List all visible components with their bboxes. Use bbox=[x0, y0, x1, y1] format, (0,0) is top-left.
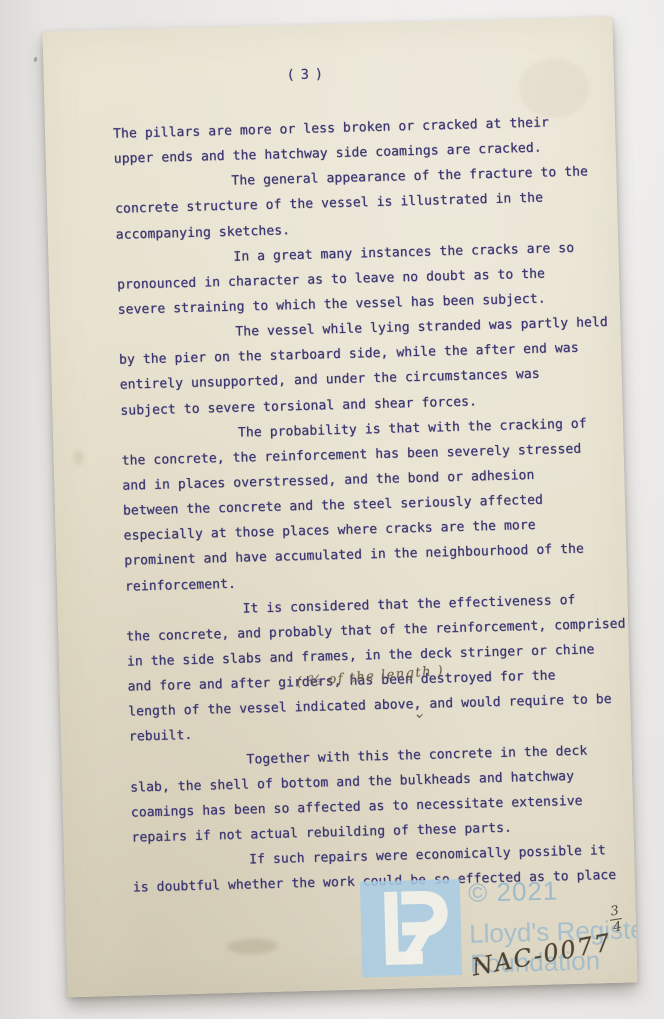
paper-stain bbox=[518, 57, 590, 119]
dust-speck bbox=[33, 57, 38, 63]
typed-text-block: The pillars are more or less broken or c… bbox=[113, 114, 633, 906]
document-page: (3) The pillars are more or less broken … bbox=[42, 17, 637, 998]
watermark-copyright: © 2021 bbox=[468, 875, 559, 908]
scan-background: (3) The pillars are more or less broken … bbox=[0, 0, 664, 1019]
paper-stain bbox=[226, 938, 278, 955]
fraction-denominator: 4 bbox=[612, 919, 622, 934]
paper-stain bbox=[73, 451, 83, 465]
lr-logo-icon: LR bbox=[360, 879, 462, 978]
page-number: (3) bbox=[286, 66, 329, 83]
pencil-caret-mark: ⌄ bbox=[411, 703, 426, 722]
